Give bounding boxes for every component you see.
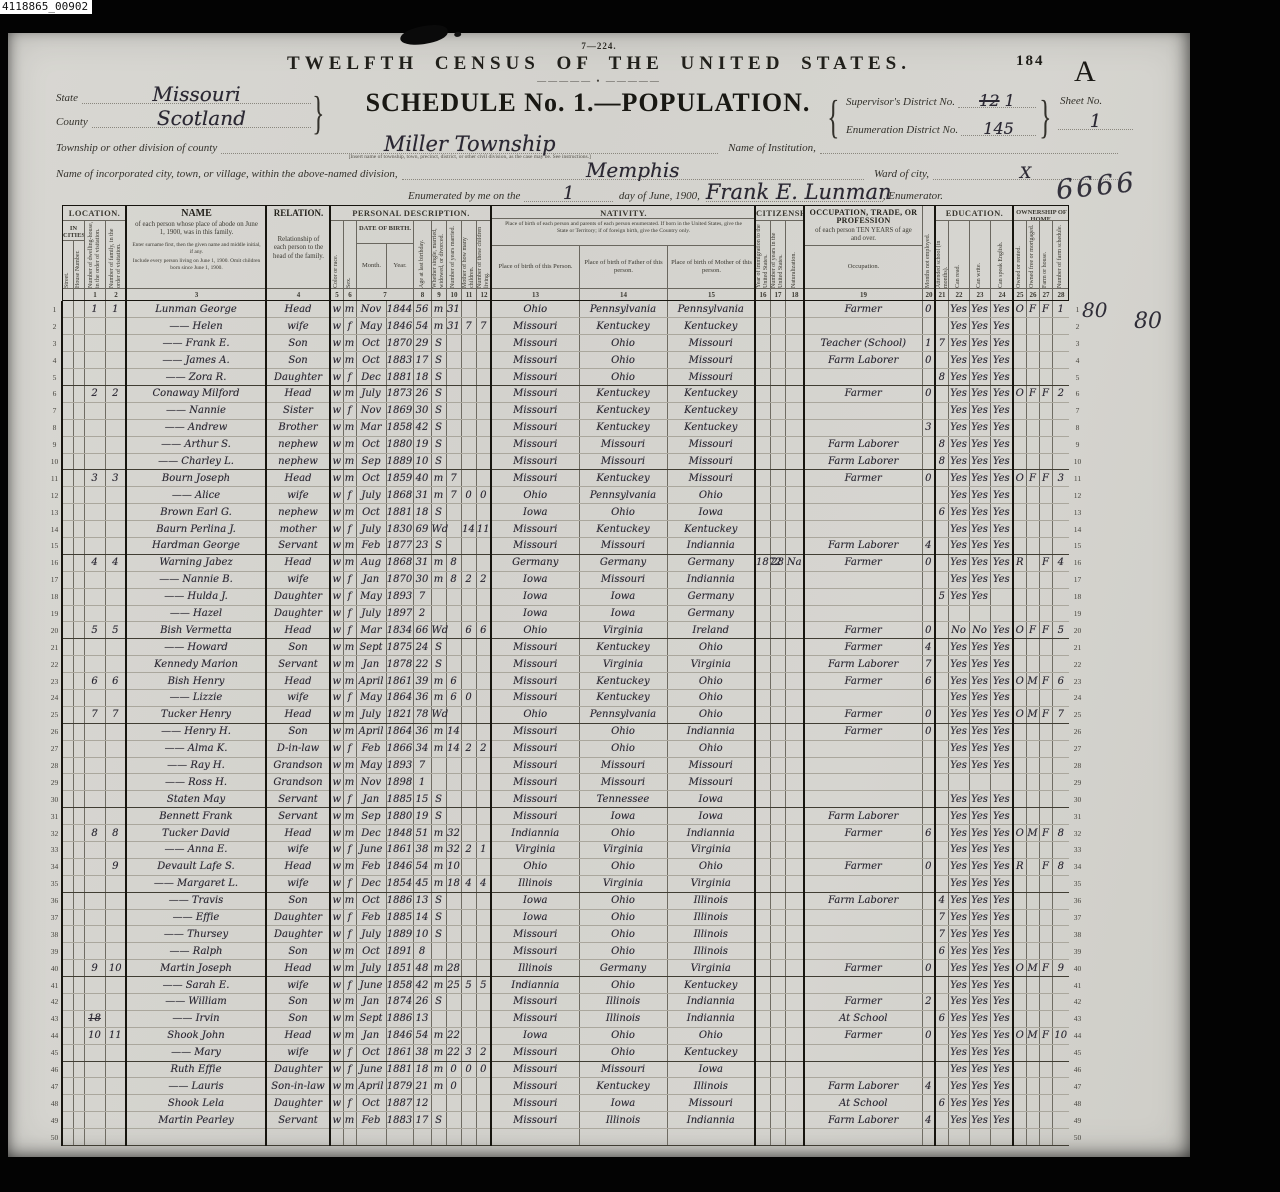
cell-dw: 9 [84,960,105,977]
cell-ag: 2 [413,605,431,622]
cell-ym [446,369,461,386]
cell-rd: Yes [948,943,969,960]
cell-rn: 19 [1069,605,1086,622]
cell-im [755,470,770,487]
cell-rd: Yes [948,419,969,436]
cell-rl: Son [266,639,330,656]
cell-fm [1026,892,1039,909]
cell-yu [770,791,785,808]
cell-im [755,656,770,673]
cell-mc [461,1078,476,1095]
cell-bm: Sept [356,1010,386,1027]
cell-na [785,740,804,757]
cell-ms: S [431,537,446,554]
cell-pf: Germany [579,960,667,977]
cell-cl: 5 [476,977,491,994]
census-row: 19—— HazelDaughterwfJuly18972IowaIowaGer… [48,605,1086,622]
county-row: County Scotland [56,113,311,128]
cell-pb: Iowa [491,605,579,622]
cell-bm: Jan [356,791,386,808]
cell-rd: Yes [948,554,969,571]
cell-rl: nephew [266,504,330,521]
cell-fm [1026,537,1039,554]
cell-rd: Yes [948,521,969,538]
cell-fs: 9 [1052,960,1069,977]
cell-cl [476,537,491,554]
cell-rd: Yes [948,791,969,808]
cell-rn: 39 [1069,943,1086,960]
cell-en: Yes [990,318,1013,335]
cell-dw [84,842,105,859]
cell-rd [948,605,969,622]
cell-ln: 20 [48,622,62,639]
cell-en [990,774,1013,791]
cell-yu [770,1095,785,1112]
cell-mc: 5 [461,977,476,994]
cell-wr: Yes [969,521,990,538]
cell-rn: 42 [1069,994,1086,1011]
cell-nm: —— Lizzie [126,689,266,706]
cell-ag: 17 [413,1112,431,1129]
cell-ln: 26 [48,723,62,740]
cell-rn: 48 [1069,1095,1086,1112]
cell-pm: Indiannia [667,723,755,740]
cell-cr: w [330,774,343,791]
cell-fs [1052,740,1069,757]
cell-by: 1889 [386,926,413,943]
cell-cr: w [330,1078,343,1095]
cell-en: Yes [990,1027,1013,1044]
cell-mn [922,740,935,757]
cell-hn [73,791,84,808]
cell-en: Yes [990,554,1013,571]
cell-rd: Yes [948,335,969,352]
cell-oc [804,689,922,706]
cell-im [755,774,770,791]
cell-fs [1052,504,1069,521]
census-row: 12—— AlicewifewfJuly186831m700OhioPennsy… [48,487,1086,504]
cell-hn [73,1061,84,1078]
cell-hn [73,875,84,892]
cell-bm: Jan [356,571,386,588]
cell-pm: Missouri [667,369,755,386]
cell-by: 1868 [386,487,413,504]
cell-im [755,825,770,842]
cell-rl: wife [266,842,330,859]
cell-fh [1039,453,1052,470]
cell-cl [476,639,491,656]
cell-en: Yes [990,537,1013,554]
cell-yu [770,301,785,318]
cell-rd: Yes [948,673,969,690]
cell-fm [1026,436,1039,453]
cell-cl [476,825,491,842]
col-marital-status: Whether single, married, widowed, or div… [431,220,446,288]
cell-fam [105,453,126,470]
cell-as [935,419,948,436]
cell-rl: Daughter [266,605,330,622]
cell-cl [476,892,491,909]
cell-ms: S [431,419,446,436]
census-row: 111Lunman GeorgeHeadwmNov184456m31OhioPe… [48,301,1086,318]
cell-fm: F [1026,301,1039,318]
cell-im [755,588,770,605]
cell-en: Yes [990,825,1013,842]
census-row: 49Martin PearleyServantwmFeb188317SMisso… [48,1112,1086,1129]
cell-rl: Son-in-law [266,1078,330,1095]
cell-cl [476,723,491,740]
cell-fam [105,656,126,673]
cell-fam [105,1061,126,1078]
cell-en: Yes [990,926,1013,943]
cell-pm: Missouri [667,352,755,369]
cell-ym: 22 [446,1044,461,1061]
cell-fs [1052,588,1069,605]
cell-rl: Grandson [266,774,330,791]
cell-cr: w [330,504,343,521]
cell-nm: —— Arthur S. [126,436,266,453]
cell-as: 8 [935,436,948,453]
cell-en: Yes [990,909,1013,926]
cell-as [935,1044,948,1061]
census-row: 13Brown Earl G.nephewwmOct188118SIowaOhi… [48,504,1086,521]
cell-pb: Missouri [491,994,579,1011]
cell-na [785,1010,804,1027]
cell-rd: Yes [948,656,969,673]
cell-by: 1858 [386,419,413,436]
cell-rl: Son [266,723,330,740]
cell-rl [266,1129,330,1146]
cell-cr: w [330,977,343,994]
cell-fh [1039,504,1052,521]
cell-pm: Missouri [667,757,755,774]
cell-rl: Head [266,554,330,571]
cell-hn [73,571,84,588]
cell-fs: 2 [1052,385,1069,402]
cell-fam: 8 [105,825,126,842]
cell-na [785,706,804,723]
cell-ln: 18 [48,588,62,605]
cell-na [785,335,804,352]
cell-wr: Yes [969,977,990,994]
cell-fam [105,419,126,436]
cell-en: Yes [990,369,1013,386]
cell-fam [105,605,126,622]
cell-pm: Indiannia [667,825,755,842]
cell-or [1013,926,1026,943]
cell-mn: 0 [922,1027,935,1044]
census-row: 1644Warning JabezHeadwmAug186831m8German… [48,554,1086,571]
cell-bm: Nov [356,402,386,419]
cell-st [62,504,73,521]
cell-fam [105,875,126,892]
cell-pf: Ohio [579,926,667,943]
cell-fm [1026,791,1039,808]
cell-by: 1830 [386,521,413,538]
column-number: 22 [948,288,969,301]
cell-rl: nephew [266,436,330,453]
cell-cr: w [330,419,343,436]
cell-or [1013,689,1026,706]
cell-cr: w [330,892,343,909]
cell-mc [461,605,476,622]
cell-na [785,1078,804,1095]
census-row: 10—— Charley L.nephewwmSep188910SMissour… [48,453,1086,470]
cell-mn: 4 [922,1112,935,1129]
cell-or [1013,656,1026,673]
cell-pm: Kentuckey [667,318,755,335]
cell-oc [804,909,922,926]
cell-na [785,926,804,943]
cell-ag: 54 [413,318,431,335]
cell-mn [922,842,935,859]
cell-rn: 21 [1069,639,1086,656]
cell-mn: 6 [922,825,935,842]
cell-cl [476,943,491,960]
cell-dw: 8 [84,825,105,842]
cell-pm: Illinois [667,909,755,926]
census-row: 36—— TravisSonwmOct188613SIowaOhioIllino… [48,892,1086,909]
cell-cl [476,301,491,318]
cell-ag: 18 [413,369,431,386]
cell-fh: F [1039,385,1052,402]
cell-pb: Missouri [491,639,579,656]
cell-oc: Farm Laborer [804,453,922,470]
cell-by: 1873 [386,385,413,402]
cell-ln: 32 [48,825,62,842]
cell-as [935,571,948,588]
cell-rn: 34 [1069,858,1086,875]
col-months-not-employed: Months not employed. [922,205,935,288]
cell-wr: Yes [969,470,990,487]
cell-by: 1893 [386,588,413,605]
cell-fam [105,436,126,453]
cell-fm [1026,639,1039,656]
cell-fs [1052,757,1069,774]
cell-cl: 4 [476,875,491,892]
cell-wr: Yes [969,453,990,470]
cell-ag: 34 [413,740,431,757]
cell-mc [461,504,476,521]
sheet-value: 1 [1058,111,1133,132]
cell-cl [476,706,491,723]
cell-or: R [1013,554,1026,571]
cell-yu [770,487,785,504]
cell-cl [476,453,491,470]
cell-rd: Yes [948,537,969,554]
cell-ln: 1 [48,301,62,318]
cell-ag: 56 [413,301,431,318]
cell-rd: Yes [948,453,969,470]
cell-ms: m [431,301,446,318]
cell-hn [73,994,84,1011]
cell-mc [461,369,476,386]
cell-cl [476,1129,491,1146]
cell-cl [476,909,491,926]
cell-pm: Germany [667,554,755,571]
cell-im [755,1129,770,1146]
cell-fs [1052,994,1069,1011]
cell-sx: m [343,639,356,656]
cell-fh [1039,994,1052,1011]
cell-mn: 4 [922,639,935,656]
cell-rl: Head [266,385,330,402]
column-number [73,288,84,301]
cell-rl: Head [266,622,330,639]
cell-rd: Yes [948,909,969,926]
group-nativity: NATIVITY. [491,205,755,218]
cell-fm: M [1026,825,1039,842]
cell-dw [84,1112,105,1129]
cell-ms: Wd [431,521,446,538]
cell-na [785,774,804,791]
cell-pb: Missouri [491,537,579,554]
cell-nm: Bish Vermetta [126,622,266,639]
cell-pf: Ohio [579,909,667,926]
cell-cr: w [330,825,343,842]
cell-fam [105,791,126,808]
cell-dw [84,791,105,808]
cell-as: 6 [935,943,948,960]
cell-pb: Illinois [491,960,579,977]
cell-fs [1052,723,1069,740]
cell-rl: Servant [266,808,330,825]
cell-ym [446,926,461,943]
cell-fs [1052,842,1069,859]
cell-st [62,453,73,470]
cell-st [62,554,73,571]
cell-as [935,318,948,335]
cell-hn [73,723,84,740]
cell-wr: Yes [969,757,990,774]
cell-ms: S [431,436,446,453]
cell-na [785,909,804,926]
cell-im [755,943,770,960]
cell-mn: 0 [922,554,935,571]
cell-as [935,1112,948,1129]
cell-ym: 0 [446,1078,461,1095]
cell-mc: 0 [461,487,476,504]
cell-cl [476,1095,491,1112]
cell-as: 6 [935,1010,948,1027]
cell-bm: Jan [356,1027,386,1044]
cell-hn [73,977,84,994]
cell-nm: Devault Lafe S. [126,858,266,875]
cell-pb: Iowa [491,909,579,926]
cell-oc: Farmer [804,825,922,842]
cell-hn [73,858,84,875]
cell-fs [1052,352,1069,369]
cell-nm: —— Ralph [126,943,266,960]
cell-yu [770,909,785,926]
cell-nm: —— Travis [126,892,266,909]
cell-yu [770,656,785,673]
cell-sx: f [343,318,356,335]
cell-fam [105,1010,126,1027]
cell-as [935,352,948,369]
cell-by: 1861 [386,1044,413,1061]
census-row: 24—— LizziewifewfMay186436m60MissouriKen… [48,689,1086,706]
cell-cr: w [330,842,343,859]
cell-ln: 25 [48,706,62,723]
cell-or [1013,1044,1026,1061]
cell-cl [476,960,491,977]
cell-ms: S [431,926,446,943]
cell-fm: M [1026,1027,1039,1044]
cell-ag: 12 [413,1095,431,1112]
cell-ym [446,994,461,1011]
cell-pf: Missouri [579,757,667,774]
cell-pf: Ohio [579,858,667,875]
census-row: 7—— NannieSisterwfNov186930SMissouriKent… [48,402,1086,419]
cell-oc: Farmer [804,723,922,740]
cell-or [1013,977,1026,994]
cell-rd: Yes [948,994,969,1011]
cell-or [1013,740,1026,757]
cell-by: 1879 [386,1078,413,1095]
cell-oc: At School [804,1095,922,1112]
cell-bm: July [356,605,386,622]
cell-en: Yes [990,1078,1013,1095]
cell-wr: Yes [969,858,990,875]
cell-as [935,1027,948,1044]
cell-rn: 4 [1069,352,1086,369]
cell-bm: Mar [356,419,386,436]
cell-sx: m [343,808,356,825]
cell-en: Yes [990,1010,1013,1027]
cell-pb: Missouri [491,1078,579,1095]
cell-en: Yes [990,892,1013,909]
cell-pm: Kentuckey [667,419,755,436]
cell-oc: Teacher (School) [804,335,922,352]
cell-by: 1880 [386,436,413,453]
cell-ms [431,588,446,605]
cell-oc: Farmer [804,639,922,656]
cell-oc [804,943,922,960]
cell-rd: Yes [948,1095,969,1112]
cell-rn: 14 [1069,521,1086,538]
cell-rn: 46 [1069,1061,1086,1078]
cell-yu [770,1010,785,1027]
cell-mn [922,1010,935,1027]
cell-sx: m [343,757,356,774]
cell-st [62,352,73,369]
cell-na [785,1044,804,1061]
cell-mn [922,774,935,791]
cell-oc [804,369,922,386]
census-row: 15Hardman GeorgeServantwmFeb187723SMisso… [48,537,1086,554]
column-number: 26 [1026,288,1039,301]
cell-cl [476,673,491,690]
cell-ag: 21 [413,1078,431,1095]
cell-dw [84,318,105,335]
cell-pf: Missouri [579,571,667,588]
column-number: 28 [1052,288,1069,301]
cell-fm [1026,605,1039,622]
cell-cl: 2 [476,571,491,588]
cell-na [785,673,804,690]
cell-pm: Kentuckey [667,1044,755,1061]
cell-fh [1039,977,1052,994]
cell-fh: F [1039,301,1052,318]
cell-hn [73,521,84,538]
cell-dw [84,402,105,419]
cell-wr: Yes [969,419,990,436]
cell-ln: 34 [48,858,62,875]
cell-wr [969,774,990,791]
cell-mn [922,791,935,808]
column-number: 11 [461,288,476,301]
